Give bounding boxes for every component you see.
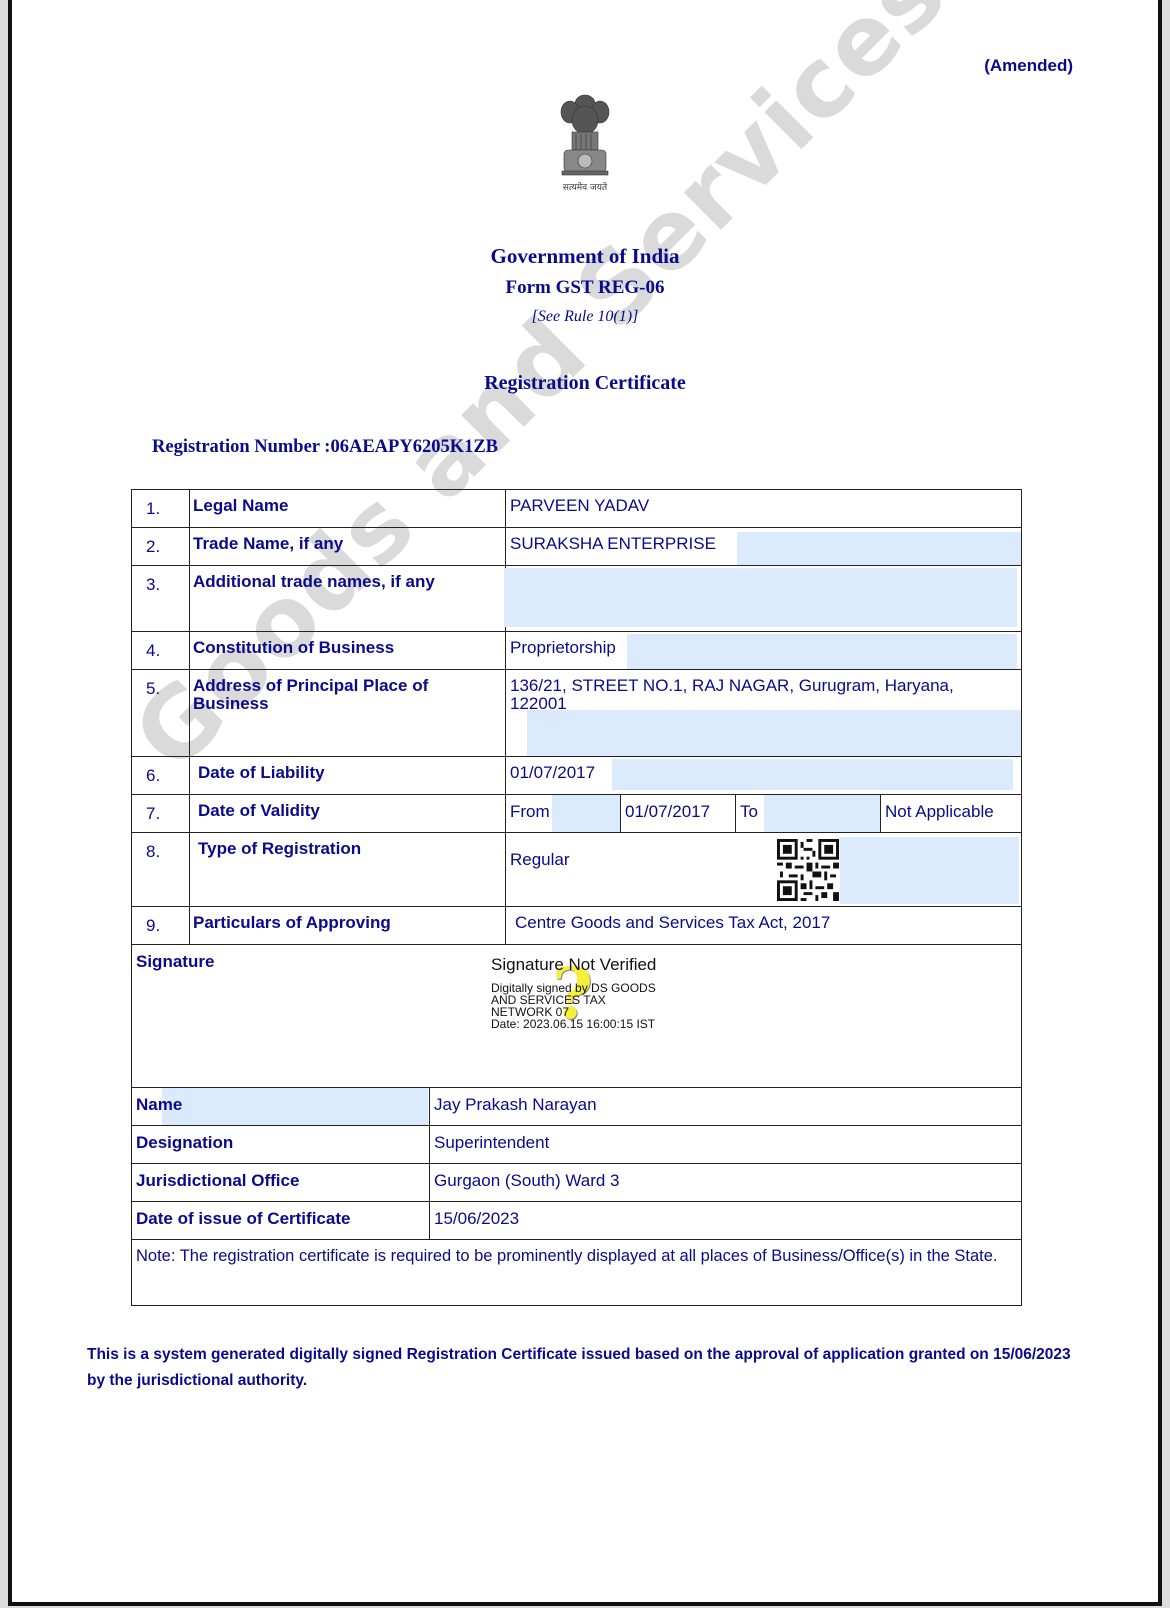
rule-reference: [See Rule 10(1)] (12, 308, 1158, 326)
table-row: 7. Date of Validity From 01/07/2017 To N… (132, 795, 1021, 833)
additional-trade-names-value (506, 566, 1021, 631)
table-row: 4. Constitution of Business Proprietorsh… (132, 632, 1021, 670)
validity-to-label: To (736, 795, 881, 832)
registration-number-label: Registration Number : (152, 437, 330, 457)
table-row: 6. Date of Liability 01/07/2017 (132, 757, 1021, 795)
amended-label: (Amended) (984, 56, 1073, 76)
date-of-liability-value: 01/07/2017 (506, 757, 1021, 794)
row-number: 2. (132, 528, 190, 565)
jurisdictional-office-label: Jurisdictional Office (132, 1164, 430, 1201)
jurisdictional-office-value: Gurgaon (South) Ward 3 (430, 1164, 1021, 1201)
signature-status: Signature Not Verified (491, 955, 656, 975)
row-label: Address of Principal Place of Business (190, 670, 506, 756)
signature-label: Signature (136, 952, 214, 972)
row-number: 4. (132, 632, 190, 669)
row-number: 3. (132, 566, 190, 631)
qr-code-icon (777, 839, 839, 901)
table-row: Jurisdictional Office Gurgaon (South) Wa… (132, 1164, 1021, 1202)
registration-number: Registration Number :06AEAPY6205K1ZB (152, 437, 498, 458)
row-label: Particulars of Approving (190, 907, 506, 944)
certificate-title: Registration Certificate (12, 372, 1158, 395)
table-row: 8. Type of Registration Regular (132, 833, 1021, 907)
row-number: 6. (132, 757, 190, 794)
row-number: 1. (132, 490, 190, 527)
row-label: Trade Name, if any (190, 528, 506, 565)
certificate-page: Goods and Services Tax (Amended) सत्यमेव… (8, 0, 1162, 1606)
row-label: Date of Validity (190, 795, 506, 832)
designation-value: Superintendent (430, 1126, 1021, 1163)
registration-number-value: 06AEAPY6205K1ZB (330, 437, 498, 457)
signature-details: Digitally signed by DS GOODS AND SERVICE… (491, 982, 656, 1030)
designation-label: Designation (132, 1126, 430, 1163)
signature-date: Date: 2023.06.15 16:00:15 IST (491, 1018, 656, 1030)
officer-name-label: Name (132, 1088, 430, 1125)
signature-block: Signature ? Signature Not Verified Digit… (132, 945, 1021, 1088)
row-label: Legal Name (190, 490, 506, 527)
table-row: Designation Superintendent (132, 1126, 1021, 1164)
address-value: 136/21, STREET NO.1, RAJ NAGAR, Gurugram… (506, 670, 1021, 756)
table-row: Date of issue of Certificate 15/06/2023 (132, 1202, 1021, 1240)
table-row: 9. Particulars of Approving Centre Goods… (132, 907, 1021, 945)
table-row: 5. Address of Principal Place of Busines… (132, 670, 1021, 757)
emblem-motto: सत्यमेव जयते (540, 180, 630, 193)
validity-from-label: From (506, 795, 621, 832)
form-name: Form GST REG-06 (12, 277, 1158, 299)
table-row: 1. Legal Name PARVEEN YADAV (132, 490, 1021, 528)
system-generated-footer: This is a system generated digitally sig… (87, 1342, 1077, 1394)
row-number: 9. (132, 907, 190, 944)
table-row: 2. Trade Name, if any SURAKSHA ENTERPRIS… (132, 528, 1021, 566)
validity-from-value: 01/07/2017 (621, 795, 736, 832)
display-note: Note: The registration certificate is re… (136, 1247, 1017, 1265)
government-title: Government of India (12, 244, 1158, 269)
legal-name-value: PARVEEN YADAV (506, 490, 1021, 527)
validity-to-value: Not Applicable (881, 795, 1021, 832)
table-row: Name Jay Prakash Narayan (132, 1088, 1021, 1126)
constitution-value: Proprietorship (506, 632, 1021, 669)
trade-name-value: SURAKSHA ENTERPRISE (506, 528, 1021, 565)
row-number: 8. (132, 833, 190, 906)
registration-type-value: Regular (506, 833, 1021, 906)
row-label: Constitution of Business (190, 632, 506, 669)
row-label: Additional trade names, if any (190, 566, 506, 631)
details-table: 1. Legal Name PARVEEN YADAV 2. Trade Nam… (131, 489, 1022, 1306)
row-label: Date of Liability (190, 757, 506, 794)
table-row: 3. Additional trade names, if any (132, 566, 1021, 632)
row-number: 7. (132, 795, 190, 832)
row-label: Type of Registration (190, 833, 506, 906)
issue-date-value: 15/06/2023 (430, 1202, 1021, 1239)
approving-authority-value: Centre Goods and Services Tax Act, 2017 (506, 907, 1021, 944)
officer-name-value: Jay Prakash Narayan (430, 1088, 1021, 1125)
issue-date-label: Date of issue of Certificate (132, 1202, 430, 1239)
row-number: 5. (132, 670, 190, 756)
